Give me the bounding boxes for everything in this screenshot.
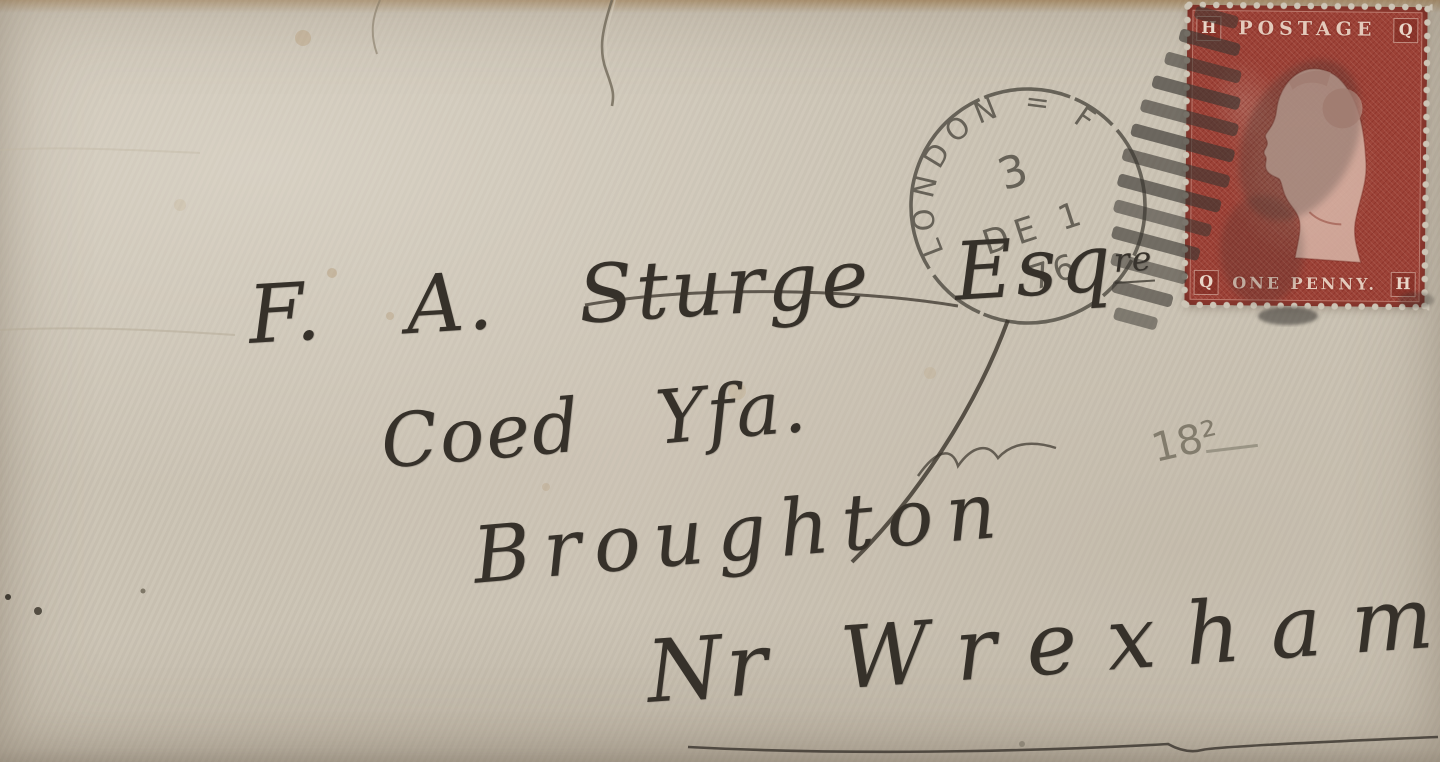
- perforation-right: [1419, 2, 1432, 312]
- crease-left-mid: [0, 328, 235, 335]
- address-line-4-word-2: Wrexham: [837, 566, 1440, 709]
- stamp-one-penny-label: ONE PENNY.: [1232, 273, 1377, 294]
- pencil-note: 18²: [1148, 415, 1222, 469]
- crease-left-top: [0, 148, 200, 153]
- envelope-scan: LONDON = F 3 DE 1 76 F. A. Sturge Esqre …: [0, 0, 1440, 762]
- penny-red-stamp: H POSTAGE Q Q ONE PENNY. H: [1184, 5, 1427, 307]
- stamp-corner-letter-top-right: Q: [1393, 17, 1418, 42]
- wrexham-underline: [688, 737, 1438, 752]
- crease-top-left: [373, 0, 380, 54]
- queen-victoria-profile-icon: [1190, 11, 1421, 301]
- stamp-top-band: H POSTAGE Q: [1196, 14, 1418, 44]
- stamp-corner-letter-top-left: H: [1196, 15, 1221, 40]
- stamp-design: H POSTAGE Q Q ONE PENNY. H: [1189, 10, 1422, 302]
- stamp-corner-letter-bottom-left: Q: [1194, 269, 1219, 294]
- address-line-1-superscript: re: [1112, 238, 1154, 283]
- stamp-bottom-band: Q ONE PENNY. H: [1194, 268, 1416, 298]
- postmark-index-numeral: 3: [992, 144, 1034, 201]
- address-line-1: F. A. Sturge Esqre: [246, 221, 1156, 356]
- address-line-1-text: F. A. Sturge Esq: [246, 216, 1117, 362]
- stamp-corner-letter-bottom-right: H: [1391, 271, 1416, 296]
- perforation-bottom: [1179, 300, 1429, 313]
- address-line-4-word-1: Nr: [644, 614, 775, 722]
- tear-top-center: [602, 0, 615, 106]
- stamp-postage-label: POSTAGE: [1238, 17, 1376, 40]
- address-line-4: NrWrexham: [644, 573, 1440, 716]
- address-line-2: Coed Yfa.: [378, 369, 811, 480]
- address-line-3: Broughton: [470, 471, 1012, 596]
